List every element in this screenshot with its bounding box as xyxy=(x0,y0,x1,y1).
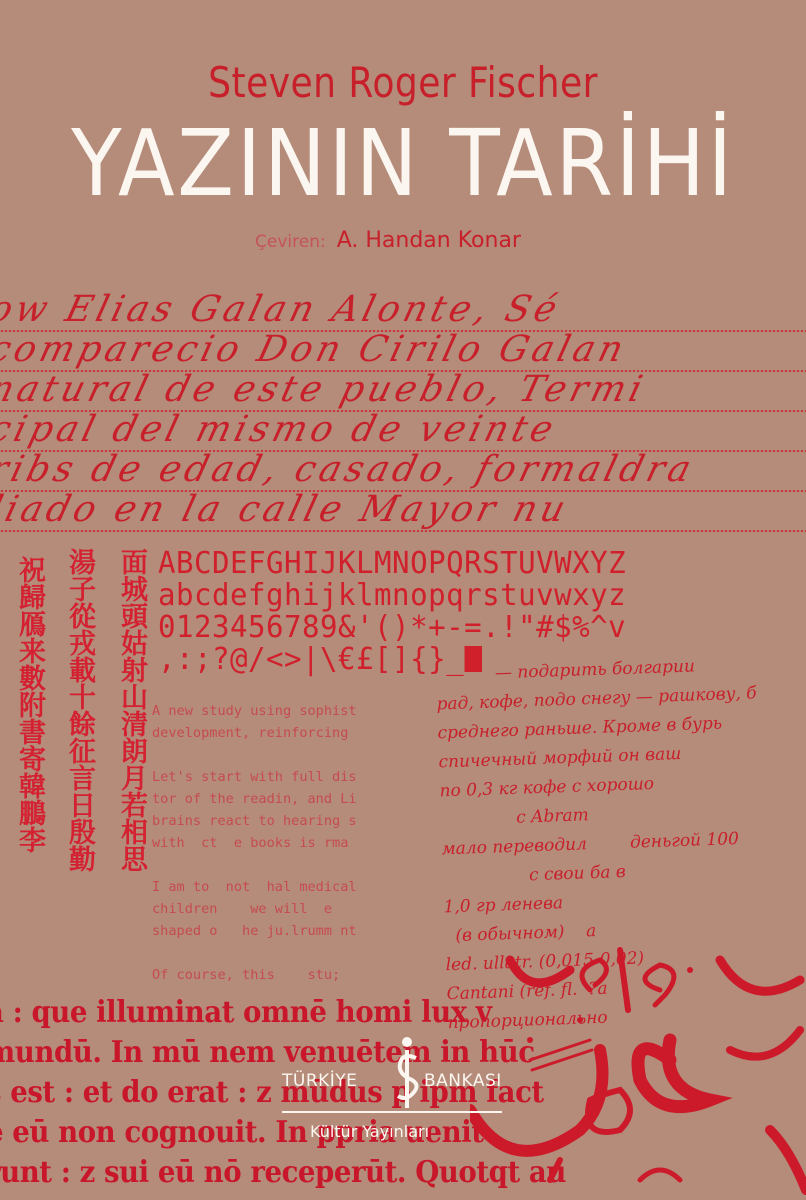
text-line: I am to not hal medical xyxy=(152,876,357,898)
handwriting-line: ribs de edad, casado, formaldra xyxy=(0,450,806,492)
pixel-row: ,:;?@/<>|\€£[]{}_ xyxy=(158,642,464,677)
publisher-logo: TÜRKİYE BANKASI Kültür Yayınları xyxy=(282,1036,506,1146)
pixel-row: ABCDEFGHIJKLMNOPQRSTUVWXYZ xyxy=(158,548,626,580)
spanish-handwriting-sample: ow Elias Galan Alonte, Sé comparecio Don… xyxy=(0,290,806,540)
text-line: shaped o he ju.lrumm nt xyxy=(152,920,357,942)
book-cover: Steven Roger Fischer YAZININ TARİHİ Çevi… xyxy=(0,0,806,1200)
text-line: development, reinforcing xyxy=(152,722,357,744)
handwriting-line: ow Elias Galan Alonte, Sé xyxy=(0,290,806,332)
publisher-name-right: BANKASI xyxy=(424,1071,502,1091)
author-name: Steven Roger Fischer xyxy=(56,58,749,107)
text-line: A new study using sophist xyxy=(152,700,357,722)
text-line: children we will e xyxy=(152,898,357,920)
handwriting-line: comparecio Don Cirilo Galan xyxy=(0,330,806,372)
publisher-imprint: Kültür Yayınları xyxy=(310,1122,429,1141)
publisher-name-left: TÜRKİYE xyxy=(282,1071,357,1091)
arabic-calligraphy-icon xyxy=(470,930,806,1200)
handwriting-line: cipal del mismo de veinte xyxy=(0,410,806,452)
handwriting-line: liado en la calle Mayor nu xyxy=(0,490,806,532)
chinese-calligraphy-column: 面城頭姑射山清朗月若相思 xyxy=(108,548,148,872)
book-title: YAZININ TARİHİ xyxy=(40,118,765,210)
handwriting-line: natural de este pueblo, Termi xyxy=(0,370,806,412)
pixel-row: 0123456789&'()*+-=.!"#$%^v xyxy=(158,612,626,644)
russian-handwriting-sample: — подарить болгариирад, кофе, подо снегу… xyxy=(435,649,806,952)
pixel-row: abcdefghijklmnopqrstuvwxyz xyxy=(158,580,626,612)
logo-divider xyxy=(282,1111,502,1113)
text-line: Of course, this stu; xyxy=(152,964,357,986)
translator-credit: Çeviren: A. Handan Konar xyxy=(255,228,521,253)
chinese-calligraphy-column: 祝歸鴈来數附書寄韓鵬李 xyxy=(6,556,46,853)
text-line: tor of the readin, and Li xyxy=(152,788,357,810)
chinese-calligraphy-column: 湯子從戎載十餘征言日殷勤 xyxy=(56,548,96,872)
text-line xyxy=(152,942,357,964)
typewriter-text-sample: A new study using sophistdevelopment, re… xyxy=(152,700,357,986)
is-bankasi-logo-icon xyxy=(392,1036,422,1116)
text-line: brains react to hearing s xyxy=(152,810,357,832)
text-line: Let's start with full dis xyxy=(152,766,357,788)
text-line xyxy=(152,744,357,766)
translator-name: A. Handan Konar xyxy=(337,228,521,253)
translator-label: Çeviren: xyxy=(255,232,326,252)
text-line xyxy=(152,854,357,876)
text-line: with ct e books is rma xyxy=(152,832,357,854)
